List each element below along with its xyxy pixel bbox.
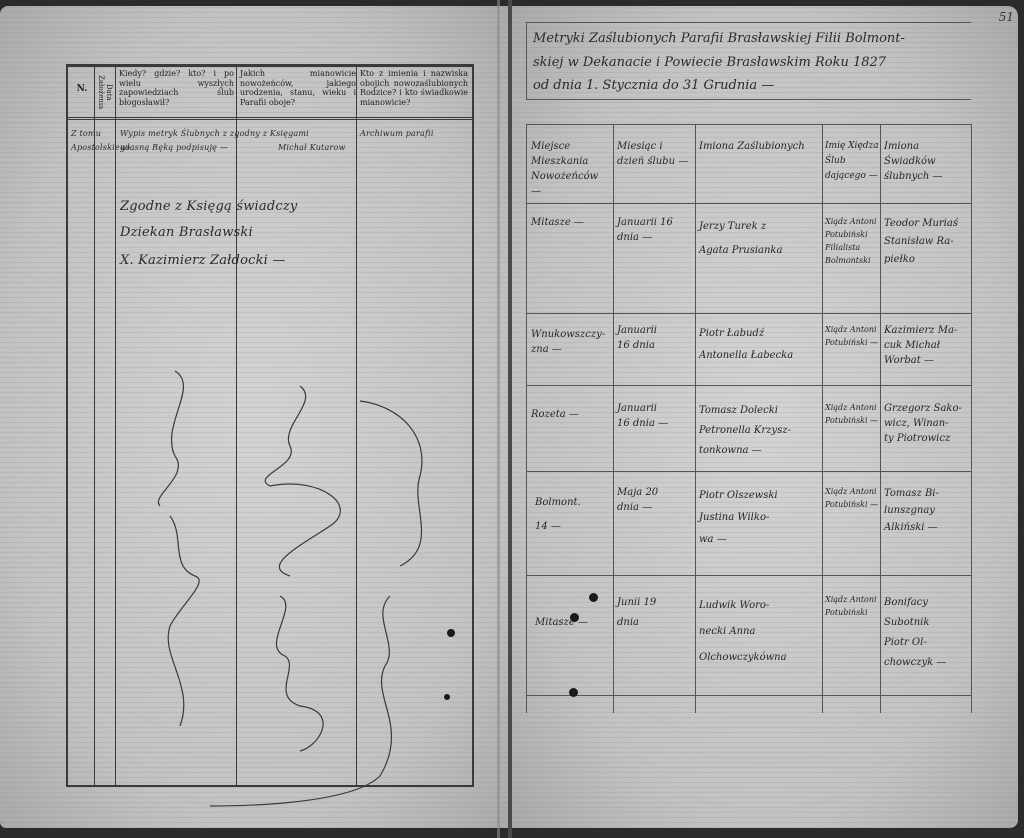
row-3-priest: Xiądz Antoni Potubiński — (825, 401, 879, 427)
row-4-date: Maja 20 dnia — (617, 485, 693, 515)
row-3-witnesses: Grzegorz Sako- wicz, Winan- ty Piotrowic… (884, 401, 968, 446)
row-1-place: Mitasze — (531, 215, 611, 230)
row-1-witnesses: Teodor Muriaś Stanisław Ra- piełko (884, 215, 968, 269)
register-title-box: Metryki Zaślubionych Parafii Brasławskie… (526, 22, 971, 100)
cancellation-flourishes (0, 6, 512, 828)
title-line-1: Metryki Zaślubionych Parafii Brasławskie… (533, 31, 905, 46)
row-divider (527, 385, 971, 386)
column-divider (695, 125, 696, 713)
ink-blot (570, 613, 579, 622)
left-page: N. Data Założenia Kiedy? gdzie? kto? i p… (0, 6, 512, 828)
title-line-2: skiej w Dekanacie i Powiecie Brasławskim… (533, 55, 886, 70)
column-header-priest: Imię Xiędza Ślub dającego — (825, 139, 879, 184)
row-5-couple: Ludwik Woro- necki Anna Olchowczykówna (699, 593, 819, 671)
right-page: 51 Metryki Zaślubionych Parafii Brasławs… (512, 6, 1018, 828)
row-2-date: Januarii 16 dnia (617, 323, 693, 353)
row-2-place: Wnukowszczy- zna — (531, 327, 611, 357)
row-3-date: Januarii 16 dnia — (617, 401, 693, 431)
folio-number: 51 (999, 10, 1014, 24)
row-4-witnesses: Tomasz Bi- lunszgnay Alkiński — (884, 485, 968, 536)
row-divider (527, 203, 971, 204)
binding-shadow (497, 0, 500, 838)
register-table: Miejsce Mieszkania Nowożeńców — Miesiąc … (526, 124, 972, 713)
row-3-couple: Tomasz Dolecki Petronella Krzysz- tonkow… (699, 401, 819, 461)
ink-blot (589, 593, 598, 602)
column-divider (822, 125, 823, 713)
column-header-date: Miesiąc i dzień ślubu — (617, 139, 693, 169)
column-header-place: Miejsce Mieszkania Nowożeńców — (531, 139, 611, 199)
row-2-witnesses: Kazimierz Ma- cuk Michał Worbat — (884, 323, 968, 368)
row-4-couple: Piotr Olszewski Justina Wilko- wa — (699, 485, 819, 551)
row-2-priest: Xiądz Antoni Potubiński — (825, 323, 879, 349)
row-1-couple: Jerzy Turek z Agata Prusianka (699, 215, 819, 263)
row-1-priest: Xiądz Antoni Potubiński Filialista Bolmo… (825, 215, 879, 267)
row-divider (527, 313, 971, 314)
column-header-witnesses: Imiona Świadków ślubnych — (884, 139, 968, 184)
row-5-date: Junii 19 dnia (617, 593, 693, 633)
row-3-place: Rozeta — (531, 407, 611, 422)
column-header-couple: Imiona Zaślubionych (699, 139, 819, 154)
column-divider (880, 125, 881, 713)
row-divider (527, 575, 971, 576)
row-divider (527, 471, 971, 472)
row-5-priest: Xiądz Antoni Potubiński (825, 593, 879, 619)
title-line-3: od dnia 1. Stycznia do 31 Grudnia — (533, 78, 774, 93)
row-4-place: Bolmont. 14 — (535, 491, 615, 539)
ink-blot (569, 688, 578, 697)
row-4-priest: Xiądz Antoni Potubiński — (825, 485, 879, 511)
row-divider (527, 695, 971, 696)
row-2-couple: Piotr Łabudź Antonella Łabecka (699, 323, 819, 367)
row-5-witnesses: Bonifacy Subotnik Piotr Ol- chowczyk — (884, 593, 968, 673)
row-1-date: Januarii 16 dnia — (617, 215, 693, 245)
